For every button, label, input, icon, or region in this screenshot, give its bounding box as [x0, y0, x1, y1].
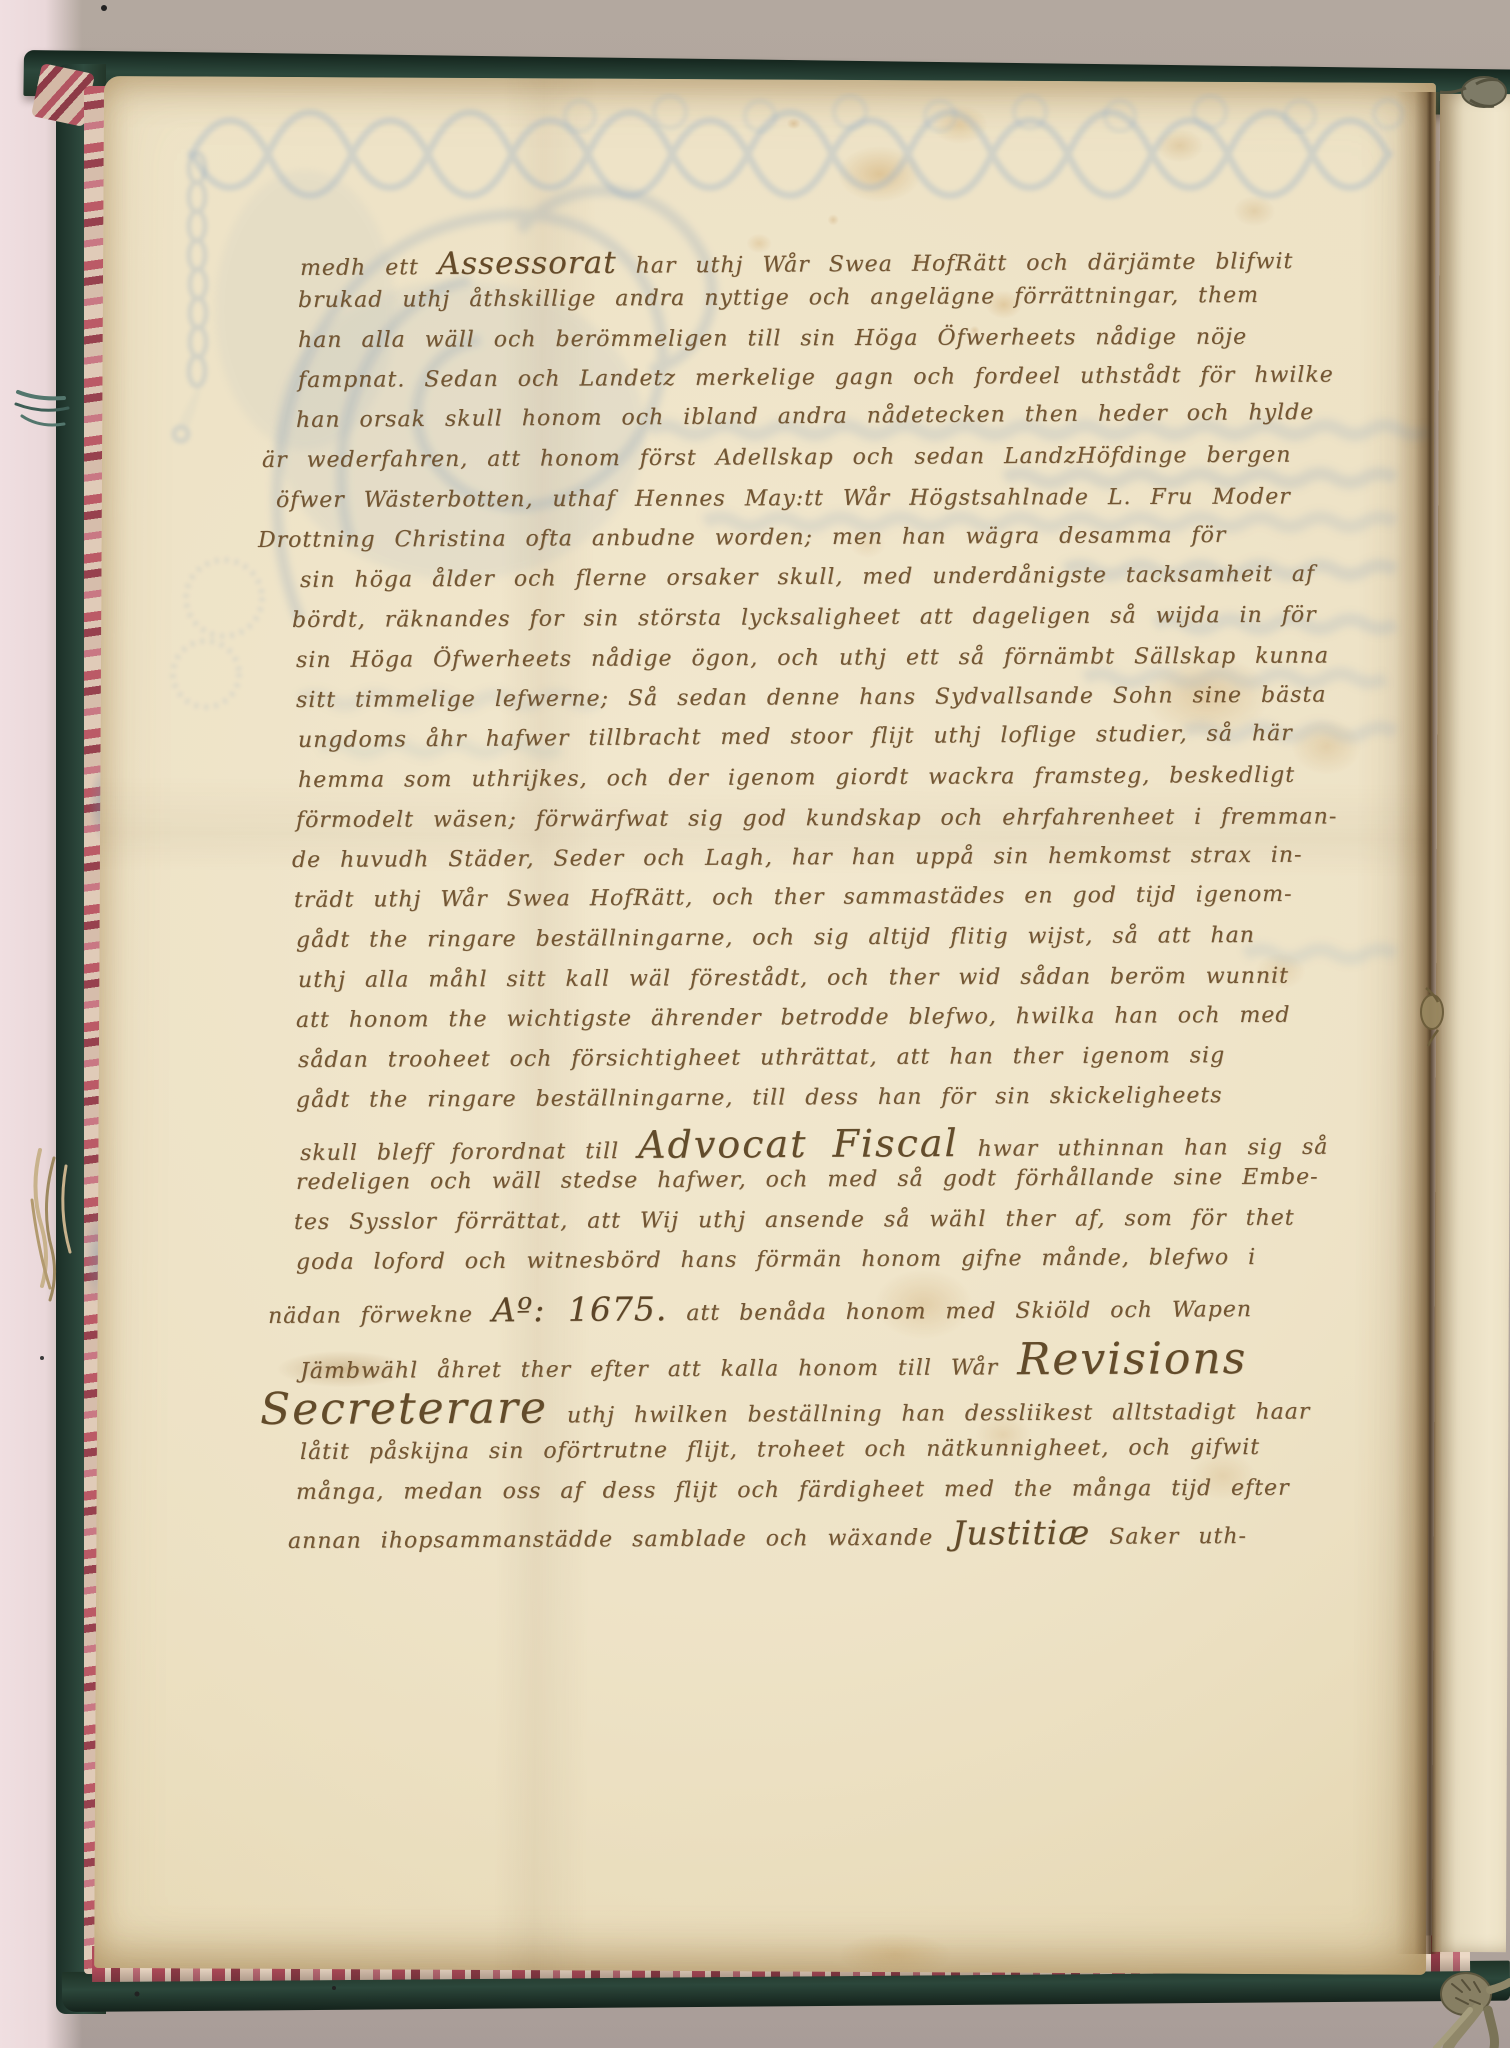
- bottom-right-tassel: [1436, 1973, 1510, 2048]
- gutter-sewing-knot: [1421, 988, 1443, 1046]
- top-right-cord-knot: [1440, 77, 1506, 107]
- binding-details-layer: [0, 0, 1510, 2048]
- scanned-book-photo: { "scene": { "kind": "scan of an opened …: [0, 0, 1510, 2048]
- dust-specks: [40, 5, 336, 1997]
- frayed-beige-threads: [32, 1150, 70, 1300]
- frayed-teal-threads: [16, 392, 68, 425]
